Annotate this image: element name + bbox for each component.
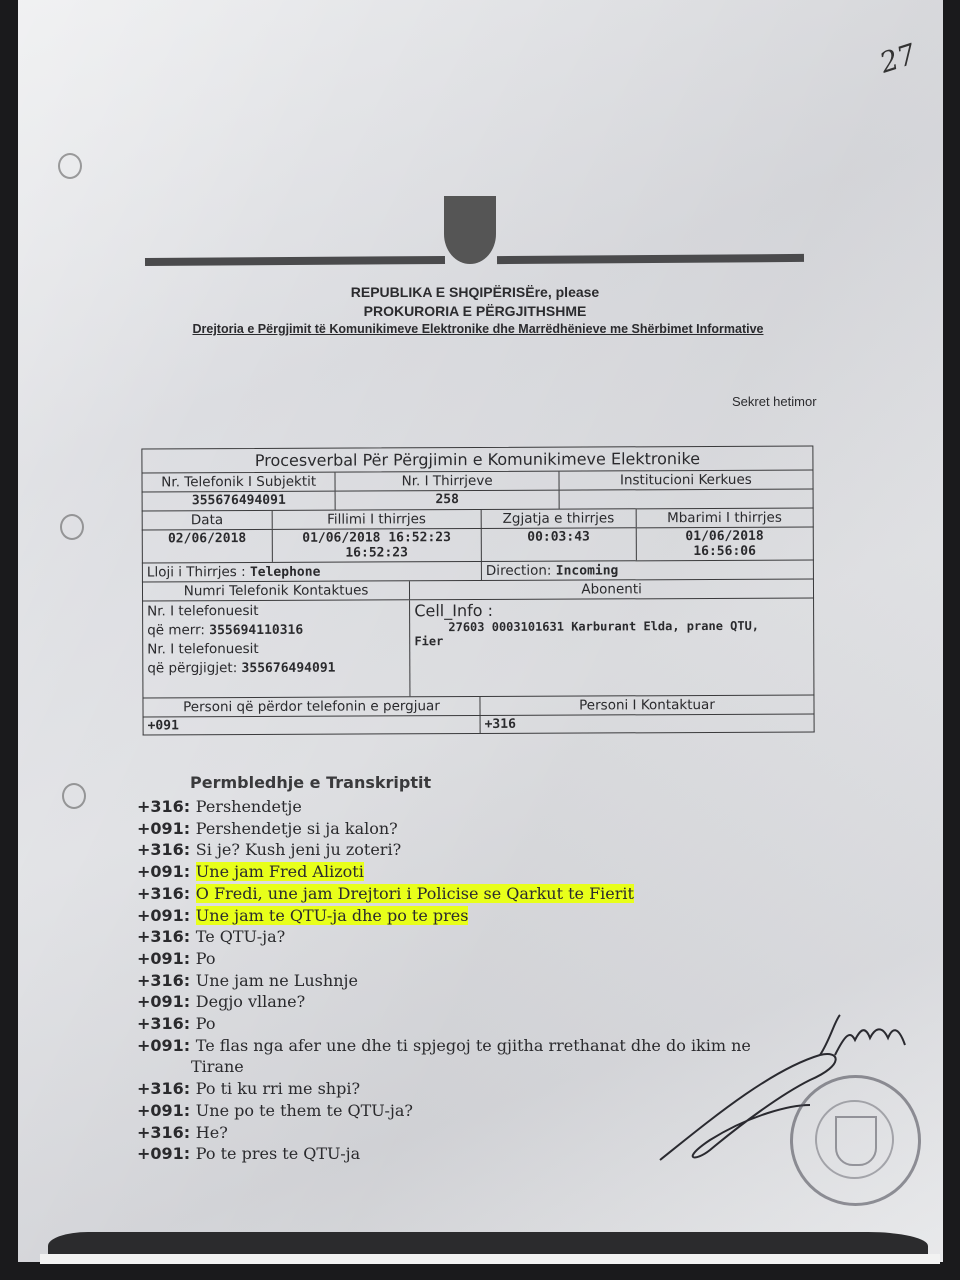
transcript-line: +316: Te QTU-ja? — [137, 926, 751, 948]
speaker-label: +316: — [137, 971, 196, 990]
call-count: 258 — [336, 491, 559, 510]
cell-info-city: Fier — [414, 633, 809, 649]
speaker-label: +091: — [137, 1144, 196, 1163]
speaker-label: +091: — [137, 862, 196, 881]
speaker-label: +316: — [137, 884, 196, 903]
institution-label: Institucioni Kerkues — [559, 471, 812, 490]
speaker-label: +091: — [137, 949, 196, 968]
contact-number-header: Numri Telefonik Kontaktues — [143, 581, 410, 600]
subscriber-header: Abonenti — [410, 580, 813, 600]
speaker-label: +091: — [137, 1101, 196, 1120]
call-type-value: Telephone — [250, 565, 321, 580]
speaker-label: +091: — [137, 906, 196, 925]
utterance-text: Pershendetje si ja kalon? — [196, 819, 398, 838]
start-label: Fillimi I thirrjes — [272, 510, 481, 529]
utterance-text: Degjo vllane? — [196, 992, 305, 1011]
coat-of-arms-icon — [444, 196, 496, 264]
handwritten-page-number: 27 — [876, 37, 920, 79]
utterance-text: Pershendetje — [196, 797, 302, 816]
utterance-text: Te QTU-ja? — [196, 927, 285, 946]
end-value-time: 16:56:06 — [640, 544, 809, 560]
institution-value — [559, 490, 812, 509]
transcript-line: +091: Une jam te QTU-ja dhe po te pres — [137, 905, 751, 927]
utterance-text: Po te pres te QTU-ja — [196, 1144, 360, 1163]
receiver-number: 355694110316 — [209, 623, 303, 638]
punch-hole — [58, 153, 82, 179]
tapped-person-label: Personi që përdor telefonin e pergjuar — [143, 697, 480, 716]
interception-record-table: Procesverbal Për Përgjimin e Komunikimev… — [141, 446, 814, 736]
speaker-label: +316: — [137, 1079, 196, 1098]
duration-value: 00:03:43 — [482, 528, 637, 561]
punch-hole — [62, 783, 86, 809]
utterance-text: Po — [196, 1014, 216, 1033]
subject-phone: 355676494091 — [143, 492, 336, 511]
utterance-text: Po ti ku rri me shpi? — [196, 1079, 360, 1098]
answerer-prefix: që përgjigjet: — [147, 660, 237, 676]
utterance-text: O Fredi, une jam Drejtori i Policise se … — [196, 884, 634, 903]
transcript-line: +316: O Fredi, une jam Drejtori i Polici… — [137, 883, 751, 905]
date-label: Data — [143, 511, 273, 530]
utterance-text: Une po te them te QTU-ja? — [196, 1101, 413, 1120]
header-directorate: Drejtoria e Përgjimit të Komunikimeve El… — [178, 322, 778, 336]
speaker-label: +091: — [137, 819, 196, 838]
caller-label: Nr. I telefonuesit — [147, 601, 405, 621]
direction-value: Incoming — [556, 563, 619, 578]
utterance-text: He? — [196, 1123, 228, 1142]
tapped-person-value: +091 — [144, 716, 481, 734]
speaker-label: +316: — [137, 1123, 196, 1142]
transcript-title: Permbledhje e Transkriptit — [190, 773, 431, 792]
scan-edge-artifact — [48, 1232, 928, 1254]
transcript-line: +091: Pershendetje si ja kalon? — [137, 818, 751, 840]
transcript-line: +091: Po — [137, 948, 751, 970]
start-value-time: 16:52:23 — [276, 545, 476, 561]
answerer-number: 355676494091 — [242, 661, 336, 676]
transcript-line: +316: Pershendetje — [137, 796, 751, 818]
utterance-text: Une jam te QTU-ja dhe po te pres — [196, 906, 469, 925]
speaker-label: +091: — [137, 992, 196, 1011]
transcript-line: +316: Une jam ne Lushnje — [137, 970, 751, 992]
speaker-label: +316: — [137, 1014, 196, 1033]
subject-phone-label: Nr. Telefonik I Subjektit — [142, 473, 335, 492]
record-title: Procesverbal Për Përgjimin e Komunikimev… — [142, 447, 812, 473]
speaker-label: +316: — [137, 927, 196, 946]
utterance-text: Une jam ne Lushnje — [196, 971, 358, 990]
utterance-text: Une jam Fred Alizoti — [196, 862, 364, 881]
cell-info-label: Cell_Info : — [414, 600, 809, 621]
official-stamp-icon — [790, 1075, 921, 1206]
duration-label: Zgjatja e thirrjes — [482, 509, 637, 528]
receiver-prefix: që merr: — [147, 622, 205, 638]
call-count-label: Nr. I Thirrjeve — [336, 472, 559, 491]
transcript-line: +091: Une jam Fred Alizoti — [137, 861, 751, 883]
start-value: 01/06/2018 16:52:23 — [276, 530, 476, 546]
speaker-label: +316: — [137, 840, 196, 859]
caller-label-2: Nr. I telefonuesit — [147, 639, 405, 659]
utterance-text: Si je? Kush jeni ju zoteri? — [196, 840, 401, 859]
date-value: 02/06/2018 — [143, 530, 273, 563]
call-type-label: Lloji i Thirrjes : — [147, 564, 246, 580]
transcript-line: +316: Si je? Kush jeni ju zoteri? — [137, 839, 751, 861]
contacted-person-value: +316 — [481, 715, 814, 733]
cell-info-value: 27603 0003101631 Karburant Elda, prane Q… — [414, 619, 809, 635]
speaker-label: +091: — [137, 1036, 196, 1055]
end-label: Mbarimi I thirrjes — [636, 509, 813, 528]
punch-hole — [60, 514, 84, 540]
header-republic: REPUBLIKA E SHQIPËRISËre, please — [335, 284, 615, 300]
classification-label: Sekret hetimor — [732, 394, 817, 409]
utterance-text: Po — [196, 949, 216, 968]
header-prosecution: PROKURORIA E PËRGJITHSHME — [335, 303, 615, 319]
speaker-label: +316: — [137, 797, 196, 816]
end-value-date: 01/06/2018 — [640, 529, 809, 545]
contacted-person-label: Personi I Kontaktuar — [480, 696, 813, 715]
direction-label: Direction: — [486, 563, 552, 579]
